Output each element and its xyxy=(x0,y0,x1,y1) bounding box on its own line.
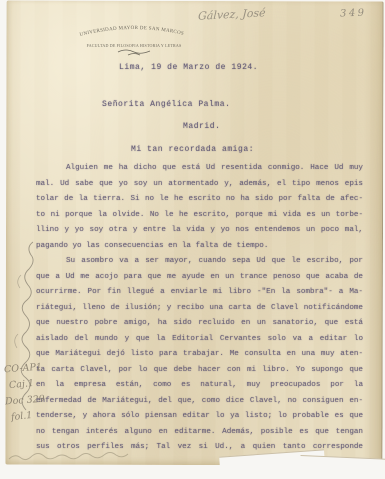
body-line: to ni porque la olvide. No le he escrito… xyxy=(36,208,363,224)
body-line: Su asombro va a ser mayor, cuando sepa U… xyxy=(36,254,363,270)
body-line: mal. Ud sabe que yo soy un atormentado y… xyxy=(36,177,363,193)
body-line: no tengan interés alguno en editarme. Ad… xyxy=(36,425,363,441)
letterhead-flourish xyxy=(118,50,150,55)
body-line: riátegui, lleno de ilusión; y recibo una… xyxy=(36,301,363,317)
body-line: tenderse, y ahora sólo piensan editar lo… xyxy=(36,409,363,425)
letter-body: Alguien me ha dicho que está Ud resentid… xyxy=(36,161,363,456)
body-line: aislado del mundo y que la Editorial Cer… xyxy=(36,332,363,348)
letterhead-stamp: UNIVERSIDAD MAYOR DE SAN MARCOS FACULTAD… xyxy=(76,20,192,60)
body-line: que Mariátegui dejó listo para trabajar.… xyxy=(36,347,363,363)
body-line: enfermedad de Mariátegui, del que, como … xyxy=(36,394,363,410)
torn-edge-right xyxy=(299,455,385,479)
svg-text:UNIVERSIDAD MAYOR DE SAN MARCO: UNIVERSIDAD MAYOR DE SAN MARCOS xyxy=(79,26,184,38)
body-line: llino y yo soy otra y entre la vida y yo… xyxy=(36,223,363,239)
body-line: en la empresa están, como es natural, mu… xyxy=(36,378,363,394)
body-line: que nuestro pobre amigo, ha sido recluid… xyxy=(36,316,363,332)
city-line: Madrid. xyxy=(183,122,220,131)
archive-code-folio: fol.1 xyxy=(10,410,32,423)
dateline: Lima, 19 de Marzo de 1924. xyxy=(119,63,258,72)
recipient-line: Señorita Angélica Palma. xyxy=(102,100,230,109)
letterhead-faculty-text: FACULTAD DE FILOSOFIA HISTORIA Y LETRAS xyxy=(87,43,182,48)
body-line: ocurrirme. Por fin llegué a enviarle mi … xyxy=(36,285,363,301)
bottom-handwriting xyxy=(6,450,146,464)
body-line: Alguien me ha dicho que está Ud resentid… xyxy=(36,161,363,177)
body-line: pagando yo las consecuencias en la falta… xyxy=(36,239,363,255)
salutation-line: Mi tan recordada amiga: xyxy=(131,145,254,154)
letterhead-university-text: UNIVERSIDAD MAYOR DE SAN MARCOS xyxy=(79,26,184,38)
body-line: tolar de la tierra. Si no le he escrito … xyxy=(36,192,363,208)
page-number-note: 349 xyxy=(340,8,367,20)
archive-code-caja: Caj.1 xyxy=(9,378,35,391)
body-line: ta carta Clavel, por lo que debe hacer c… xyxy=(36,363,363,379)
body-line: que a Ud me acojo para que me ayude en u… xyxy=(36,270,363,286)
